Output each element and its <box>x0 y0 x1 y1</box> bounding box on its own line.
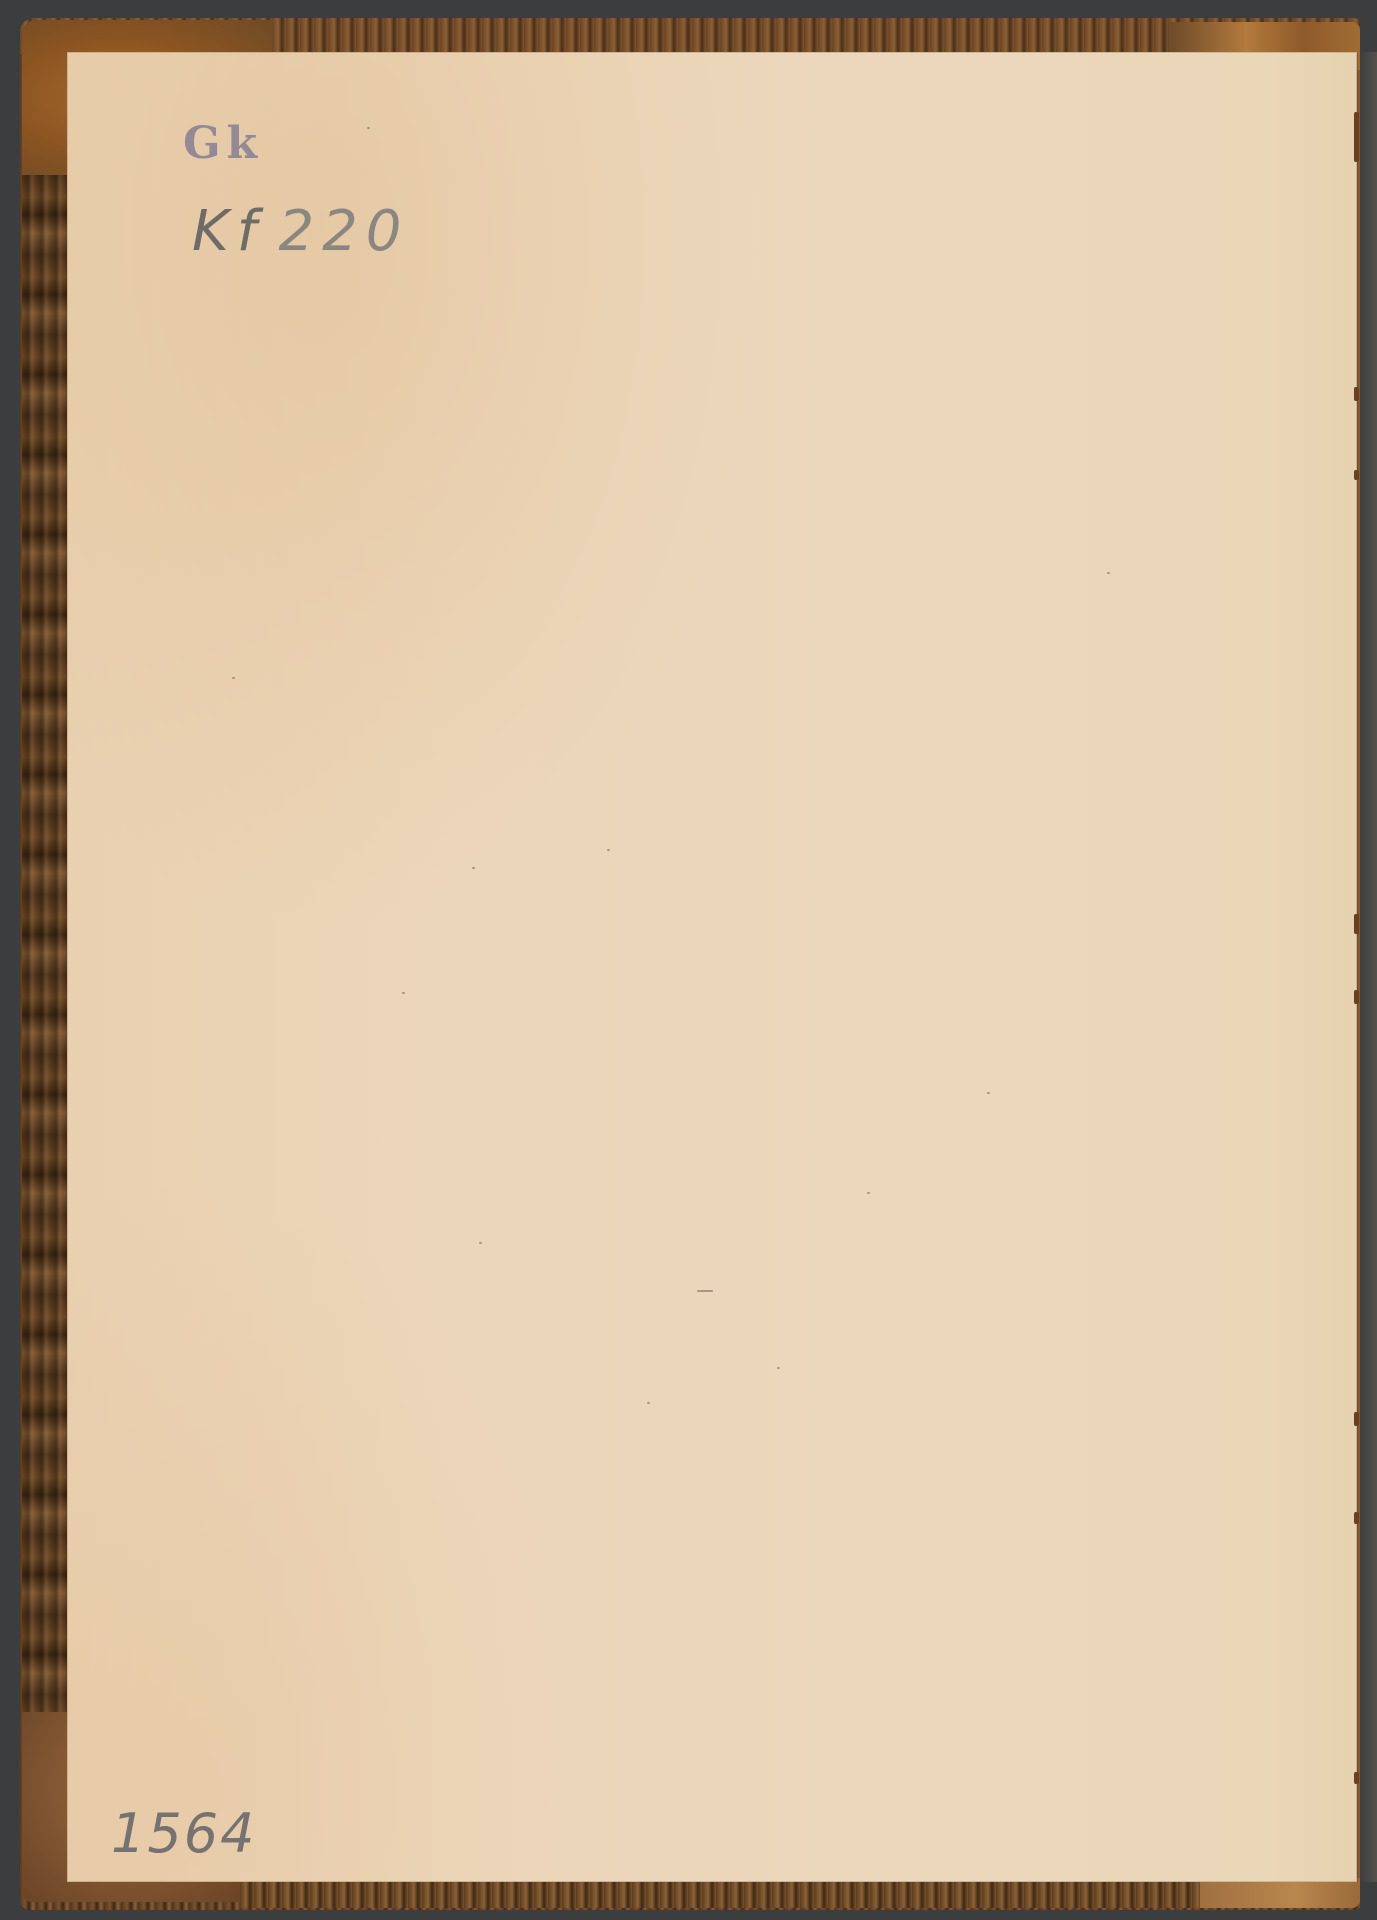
scanned-book-page: Gk Kf220 1564 <box>0 0 1377 1920</box>
gutter-strip <box>1359 52 1377 1882</box>
paper-speck <box>777 1367 780 1369</box>
gutter-tear-mark <box>1354 470 1359 480</box>
gutter-tear-mark <box>1354 1412 1359 1426</box>
endpaper-page: Gk Kf220 1564 <box>67 52 1357 1882</box>
paper-speck <box>607 849 610 851</box>
paper-speck <box>479 1242 482 1244</box>
pencil-shelfmark: Kf220 <box>192 204 409 260</box>
cover-bottom-edge <box>240 1878 1360 1908</box>
leather-edge-bottom-right <box>1200 1878 1360 1908</box>
gutter-tear-mark <box>1354 914 1359 934</box>
gutter-tear-mark <box>1354 387 1359 401</box>
gutter-tear-mark <box>1354 112 1359 162</box>
paper-speck <box>987 1092 990 1094</box>
paper-speck <box>867 1192 870 1194</box>
paper-speck <box>367 127 370 129</box>
paper-speck <box>647 1402 650 1404</box>
paper-speck <box>402 992 405 994</box>
pencil-accession-number: 1564 <box>111 1807 256 1861</box>
gutter-tear-mark <box>1354 1772 1359 1784</box>
gutter-tear-mark <box>1354 990 1359 1004</box>
shelfmark-number: 220 <box>278 199 409 264</box>
paper-speck <box>232 677 235 679</box>
gutter-tear-mark <box>1354 1512 1359 1524</box>
paper-speck <box>1107 572 1110 574</box>
shelfmark-prefix: Kf <box>192 199 264 264</box>
paper-speck <box>472 867 475 869</box>
marbled-cover-left-edge <box>22 175 67 1715</box>
library-stamp: Gk <box>183 122 263 166</box>
paper-speck <box>697 1290 713 1292</box>
gutter-fold-line <box>1357 52 1358 1882</box>
